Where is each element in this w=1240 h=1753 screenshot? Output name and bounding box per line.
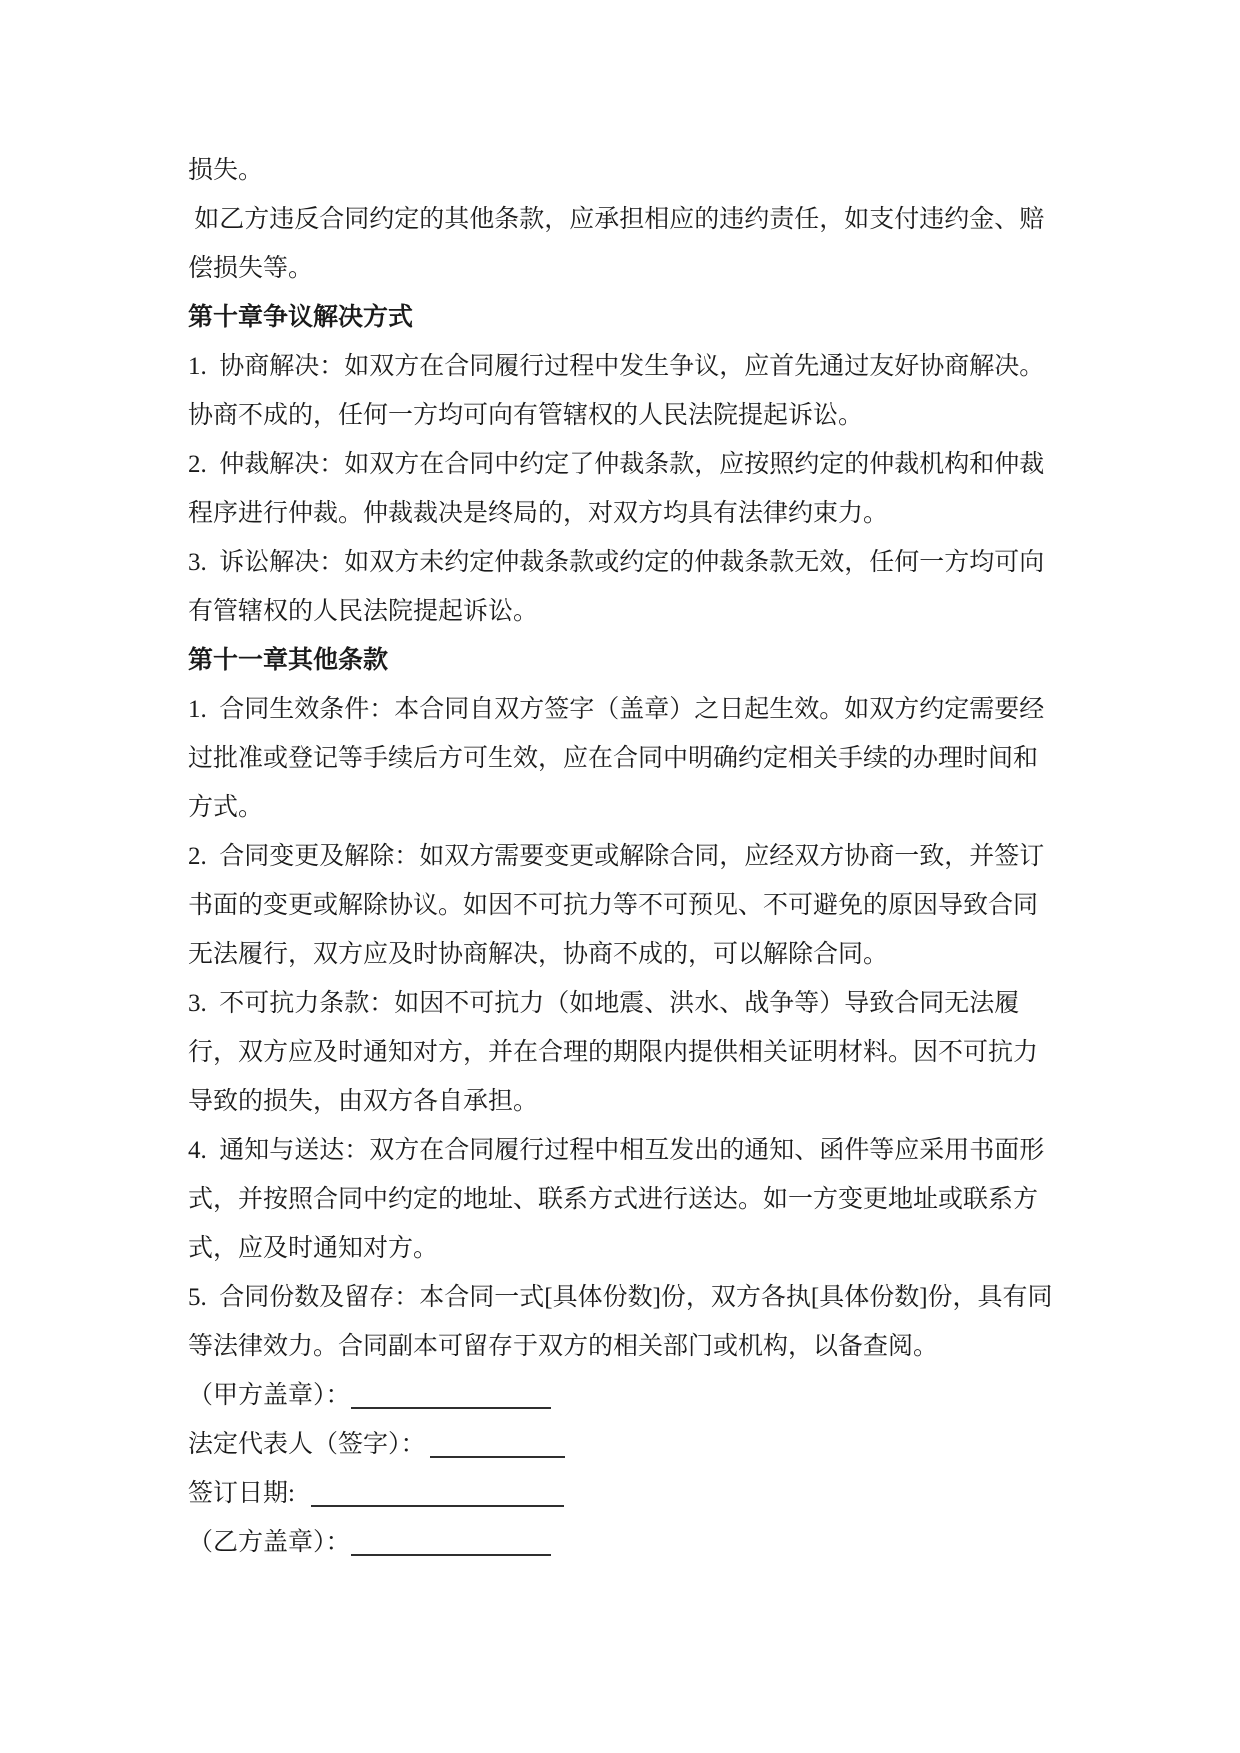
clause-notice-delivery: 4. 通知与送达：双方在合同履行过程中相互发出的通知、函件等应采用书面形式，并按…	[188, 1126, 1058, 1273]
clause-force-majeure: 3. 不可抗力条款：如因不可抗力（如地震、洪水、战争等）导致合同无法履行，双方应…	[188, 979, 1058, 1126]
clause-negotiation: 1. 协商解决：如双方在合同履行过程中发生争议，应首先通过友好协商解决。协商不成…	[188, 342, 1058, 440]
clause-modification-termination: 2. 合同变更及解除：如双方需要变更或解除合同，应经双方协商一致，并签订书面的变…	[188, 832, 1058, 979]
signing-date-label: 签订日期:	[188, 1480, 301, 1507]
clause-effectiveness: 1. 合同生效条件：本合同自双方签字（盖章）之日起生效。如双方约定需要经过批准或…	[188, 685, 1058, 832]
clause-arbitration: 2. 仲裁解决：如双方在合同中约定了仲裁条款，应按照约定的仲裁机构和仲裁程序进行…	[188, 440, 1058, 538]
clause-litigation: 3. 诉讼解决：如双方未约定仲裁条款或约定的仲裁条款无效，任何一方均可向有管辖权…	[188, 538, 1058, 636]
legal-rep-signature-blank	[430, 1436, 565, 1458]
party-a-seal-label: （甲方盖章）：	[188, 1382, 351, 1409]
clause-copies-retention: 5. 合同份数及留存：本合同一式[具体份数]份，双方各执[具体份数]份，具有同等…	[188, 1273, 1058, 1371]
continuation-paragraph-losses: 损失。	[188, 146, 1058, 195]
signing-date-blank	[311, 1485, 564, 1507]
party-a-seal-line: （甲方盖章）：	[188, 1371, 1058, 1420]
contract-document: 损失。 如乙方违反合同约定的其他条款，应承担相应的违约责任，如支付违约金、赔偿损…	[188, 146, 1058, 1567]
party-b-seal-line: （乙方盖章）：	[188, 1518, 1058, 1567]
breach-other-clauses-paragraph: 如乙方违反合同约定的其他条款，应承担相应的违约责任，如支付违约金、赔偿损失等。	[188, 195, 1058, 293]
legal-rep-signature-label: 法定代表人（签字）：	[188, 1431, 426, 1458]
party-b-seal-blank	[351, 1534, 551, 1556]
chapter-11-heading: 第十一章其他条款	[188, 636, 1058, 685]
signing-date-line: 签订日期:	[188, 1469, 1058, 1518]
legal-rep-signature-line: 法定代表人（签字）：	[188, 1420, 1058, 1469]
party-a-seal-blank	[351, 1387, 551, 1409]
party-b-seal-label: （乙方盖章）：	[188, 1529, 351, 1556]
chapter-10-heading: 第十章争议解决方式	[188, 293, 1058, 342]
page: 损失。 如乙方违反合同约定的其他条款，应承担相应的违约责任，如支付违约金、赔偿损…	[0, 0, 1240, 1753]
